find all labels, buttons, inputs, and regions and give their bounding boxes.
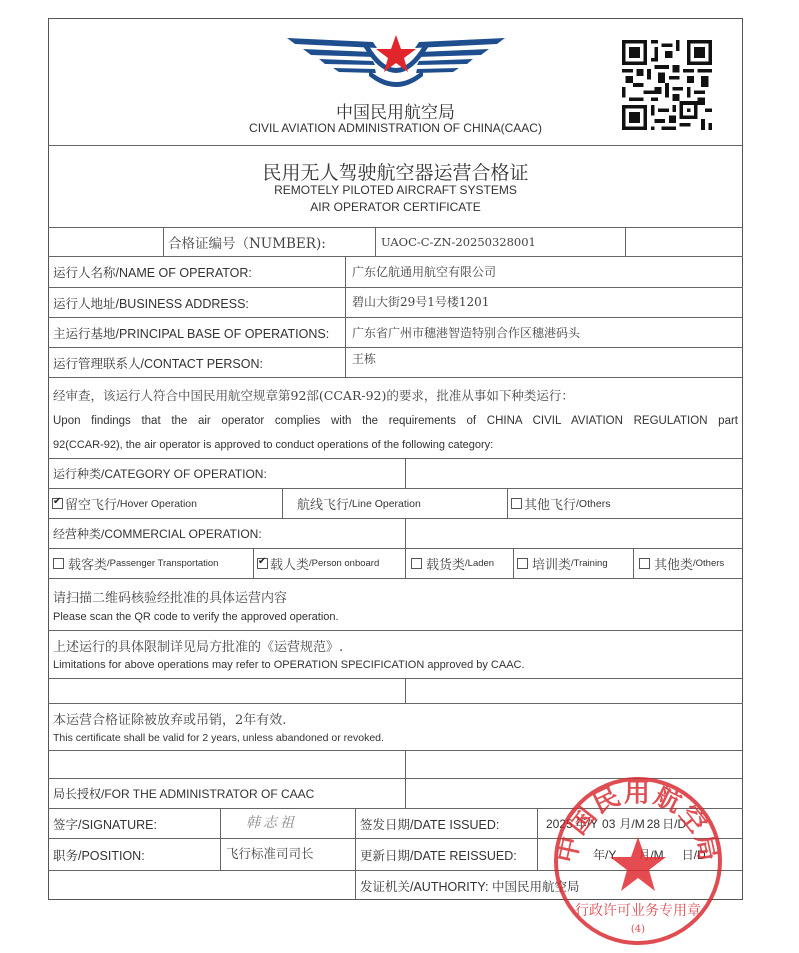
issued-year: 2025 xyxy=(546,817,573,831)
other-commercial-en: /Others xyxy=(693,558,724,569)
contact-person-value: 王栋 xyxy=(352,346,376,371)
limitations-en: Limitations for above operations may ref… xyxy=(53,656,525,674)
passenger-zh: 载客类 xyxy=(68,554,107,573)
hover-operation-checkbox[interactable] xyxy=(52,498,63,509)
stamp-center-text: 行政许可业务专用章 xyxy=(575,902,701,919)
category-option-line[interactable]: 航线飞行 /Line Operation xyxy=(297,489,421,518)
qr-code-icon[interactable] xyxy=(622,40,712,130)
findings-text-en-1: Upon findings that the air operator comp… xyxy=(53,411,738,431)
issued-day-unit: 日/D xyxy=(662,815,686,832)
qr-note-en: Please scan the QR code to verify the ap… xyxy=(53,608,339,626)
training-zh: 培训类 xyxy=(532,554,571,573)
signature-value: 韩志祖 xyxy=(246,810,297,834)
commercial-label: 经营种类/COMMERCIAL OPERATION: xyxy=(53,519,262,548)
issued-month-unit: 月/M xyxy=(619,815,644,832)
issued-year-unit: 年/Y xyxy=(575,815,598,832)
administrator-label: 局长授权/FOR THE ADMINISTRATOR OF CAAC xyxy=(53,779,314,808)
person-onboard-checkbox[interactable] xyxy=(257,558,268,569)
signature-label: 签字/SIGNATURE: xyxy=(53,809,157,838)
limitations-zh: 上述运行的具体限制详见局方批准的《运营规范》. xyxy=(53,634,343,656)
issued-month: 03 xyxy=(602,817,615,831)
operator-name-value: 广东亿航通用航空有限公司 xyxy=(352,257,496,285)
training-en: /Training xyxy=(571,558,608,569)
person-onboard-zh: 载人类 xyxy=(270,554,309,573)
validity-en: This certificate shall be valid for 2 ye… xyxy=(53,729,384,747)
line-operation-en: /Line Operation xyxy=(349,498,421,510)
reissued-day-unit: 日/D xyxy=(682,846,706,863)
date-reissued-label: 更新日期/DATE REISSUED: xyxy=(360,839,517,870)
findings-text-zh: 经审查，该运行人符合中国民用航空规章第92部(CCAR-92)的要求，批准从事如… xyxy=(53,385,574,405)
business-address-value: 碧山大街29号1号楼1201 xyxy=(352,288,489,315)
line-operation-zh: 航线飞行 xyxy=(297,494,349,513)
hover-operation-zh: 留空飞行 xyxy=(65,494,117,513)
issued-day: 28 xyxy=(647,817,660,831)
position-label: 职务/POSITION: xyxy=(53,839,145,870)
caac-logo-icon xyxy=(285,32,507,90)
other-flight-zh: 其他飞行 xyxy=(524,494,576,513)
operator-name-label: 运行人名称/NAME OF OPERATOR: xyxy=(53,257,252,287)
date-issued-value: 2025 年/Y 03 月/M 28 日/D xyxy=(546,809,686,838)
certificate-title-zh: 民用无人驾驶航空器运营合格证 xyxy=(48,158,743,185)
laden-en: /Laden xyxy=(465,558,494,569)
date-issued-label: 签发日期/DATE ISSUED: xyxy=(360,809,499,838)
certificate-title-en-2: AIR OPERATOR CERTIFICATE xyxy=(48,200,743,214)
other-commercial-checkbox[interactable] xyxy=(639,558,650,569)
laden-zh: 载货类 xyxy=(426,554,465,573)
findings-en-line1: Upon findings that the air operator comp… xyxy=(53,415,738,427)
commercial-option-passenger[interactable]: 载客类 /Passenger Transportation xyxy=(53,549,218,578)
validity-zh: 本运营合格证除被放弃或吊销，2年有效. xyxy=(53,707,286,729)
hover-operation-en: /Hover Operation xyxy=(117,498,197,510)
other-flight-checkbox[interactable] xyxy=(511,498,522,509)
certificate-title-en-1: REMOTELY PILOTED AIRCRAFT SYSTEMS xyxy=(48,183,743,197)
certificate-number-value: UAOC-C-ZN-20250328001 xyxy=(381,228,536,256)
other-flight-en: /Others xyxy=(576,498,610,510)
category-option-others[interactable]: 其他飞行 /Others xyxy=(511,489,610,518)
stamp-number: (4) xyxy=(631,924,645,935)
other-commercial-zh: 其他类 xyxy=(654,554,693,573)
category-label: 运行种类/CATEGORY OF OPERATION: xyxy=(53,459,267,488)
reissued-month-unit: 月/M xyxy=(638,846,663,863)
category-option-hover[interactable]: 留空飞行 /Hover Operation xyxy=(52,489,197,518)
commercial-option-person[interactable]: 载人类 /Person onboard xyxy=(257,549,379,578)
commercial-option-others[interactable]: 其他类 /Others xyxy=(639,549,724,578)
findings-text-en-2: 92(CCAR-92), the air operator is approve… xyxy=(53,435,493,455)
qr-note-zh: 请扫描二维码核验经批准的具体运营内容 xyxy=(53,585,287,607)
principal-base-value: 广东省广州市穗港智造特别合作区穗港码头 xyxy=(352,318,580,347)
reissued-year-unit: 年/Y xyxy=(593,846,616,863)
passenger-en: /Passenger Transportation xyxy=(107,558,218,569)
person-onboard-en: /Person onboard xyxy=(309,558,379,569)
certificate-number-label: 合格证编号（NUMBER): xyxy=(168,228,326,256)
training-checkbox[interactable] xyxy=(517,558,528,569)
laden-checkbox[interactable] xyxy=(411,558,422,569)
commercial-option-training[interactable]: 培训类 /Training xyxy=(517,549,608,578)
date-reissued-value: 年/Y 月/M 日/D xyxy=(593,839,706,870)
business-address-label: 运行人地址/BUSINESS ADDRESS: xyxy=(53,288,249,317)
contact-person-label: 运行管理联系人/CONTACT PERSON: xyxy=(53,348,263,377)
principal-base-label: 主运行基地/PRINCIPAL BASE OF OPERATIONS: xyxy=(53,318,329,347)
authority-label: 发证机关/AUTHORITY: 中国民用航空局 xyxy=(360,871,579,900)
passenger-checkbox[interactable] xyxy=(53,558,64,569)
commercial-option-laden[interactable]: 载货类 /Laden xyxy=(411,549,494,578)
position-value: 飞行标准司司长 xyxy=(226,839,314,866)
